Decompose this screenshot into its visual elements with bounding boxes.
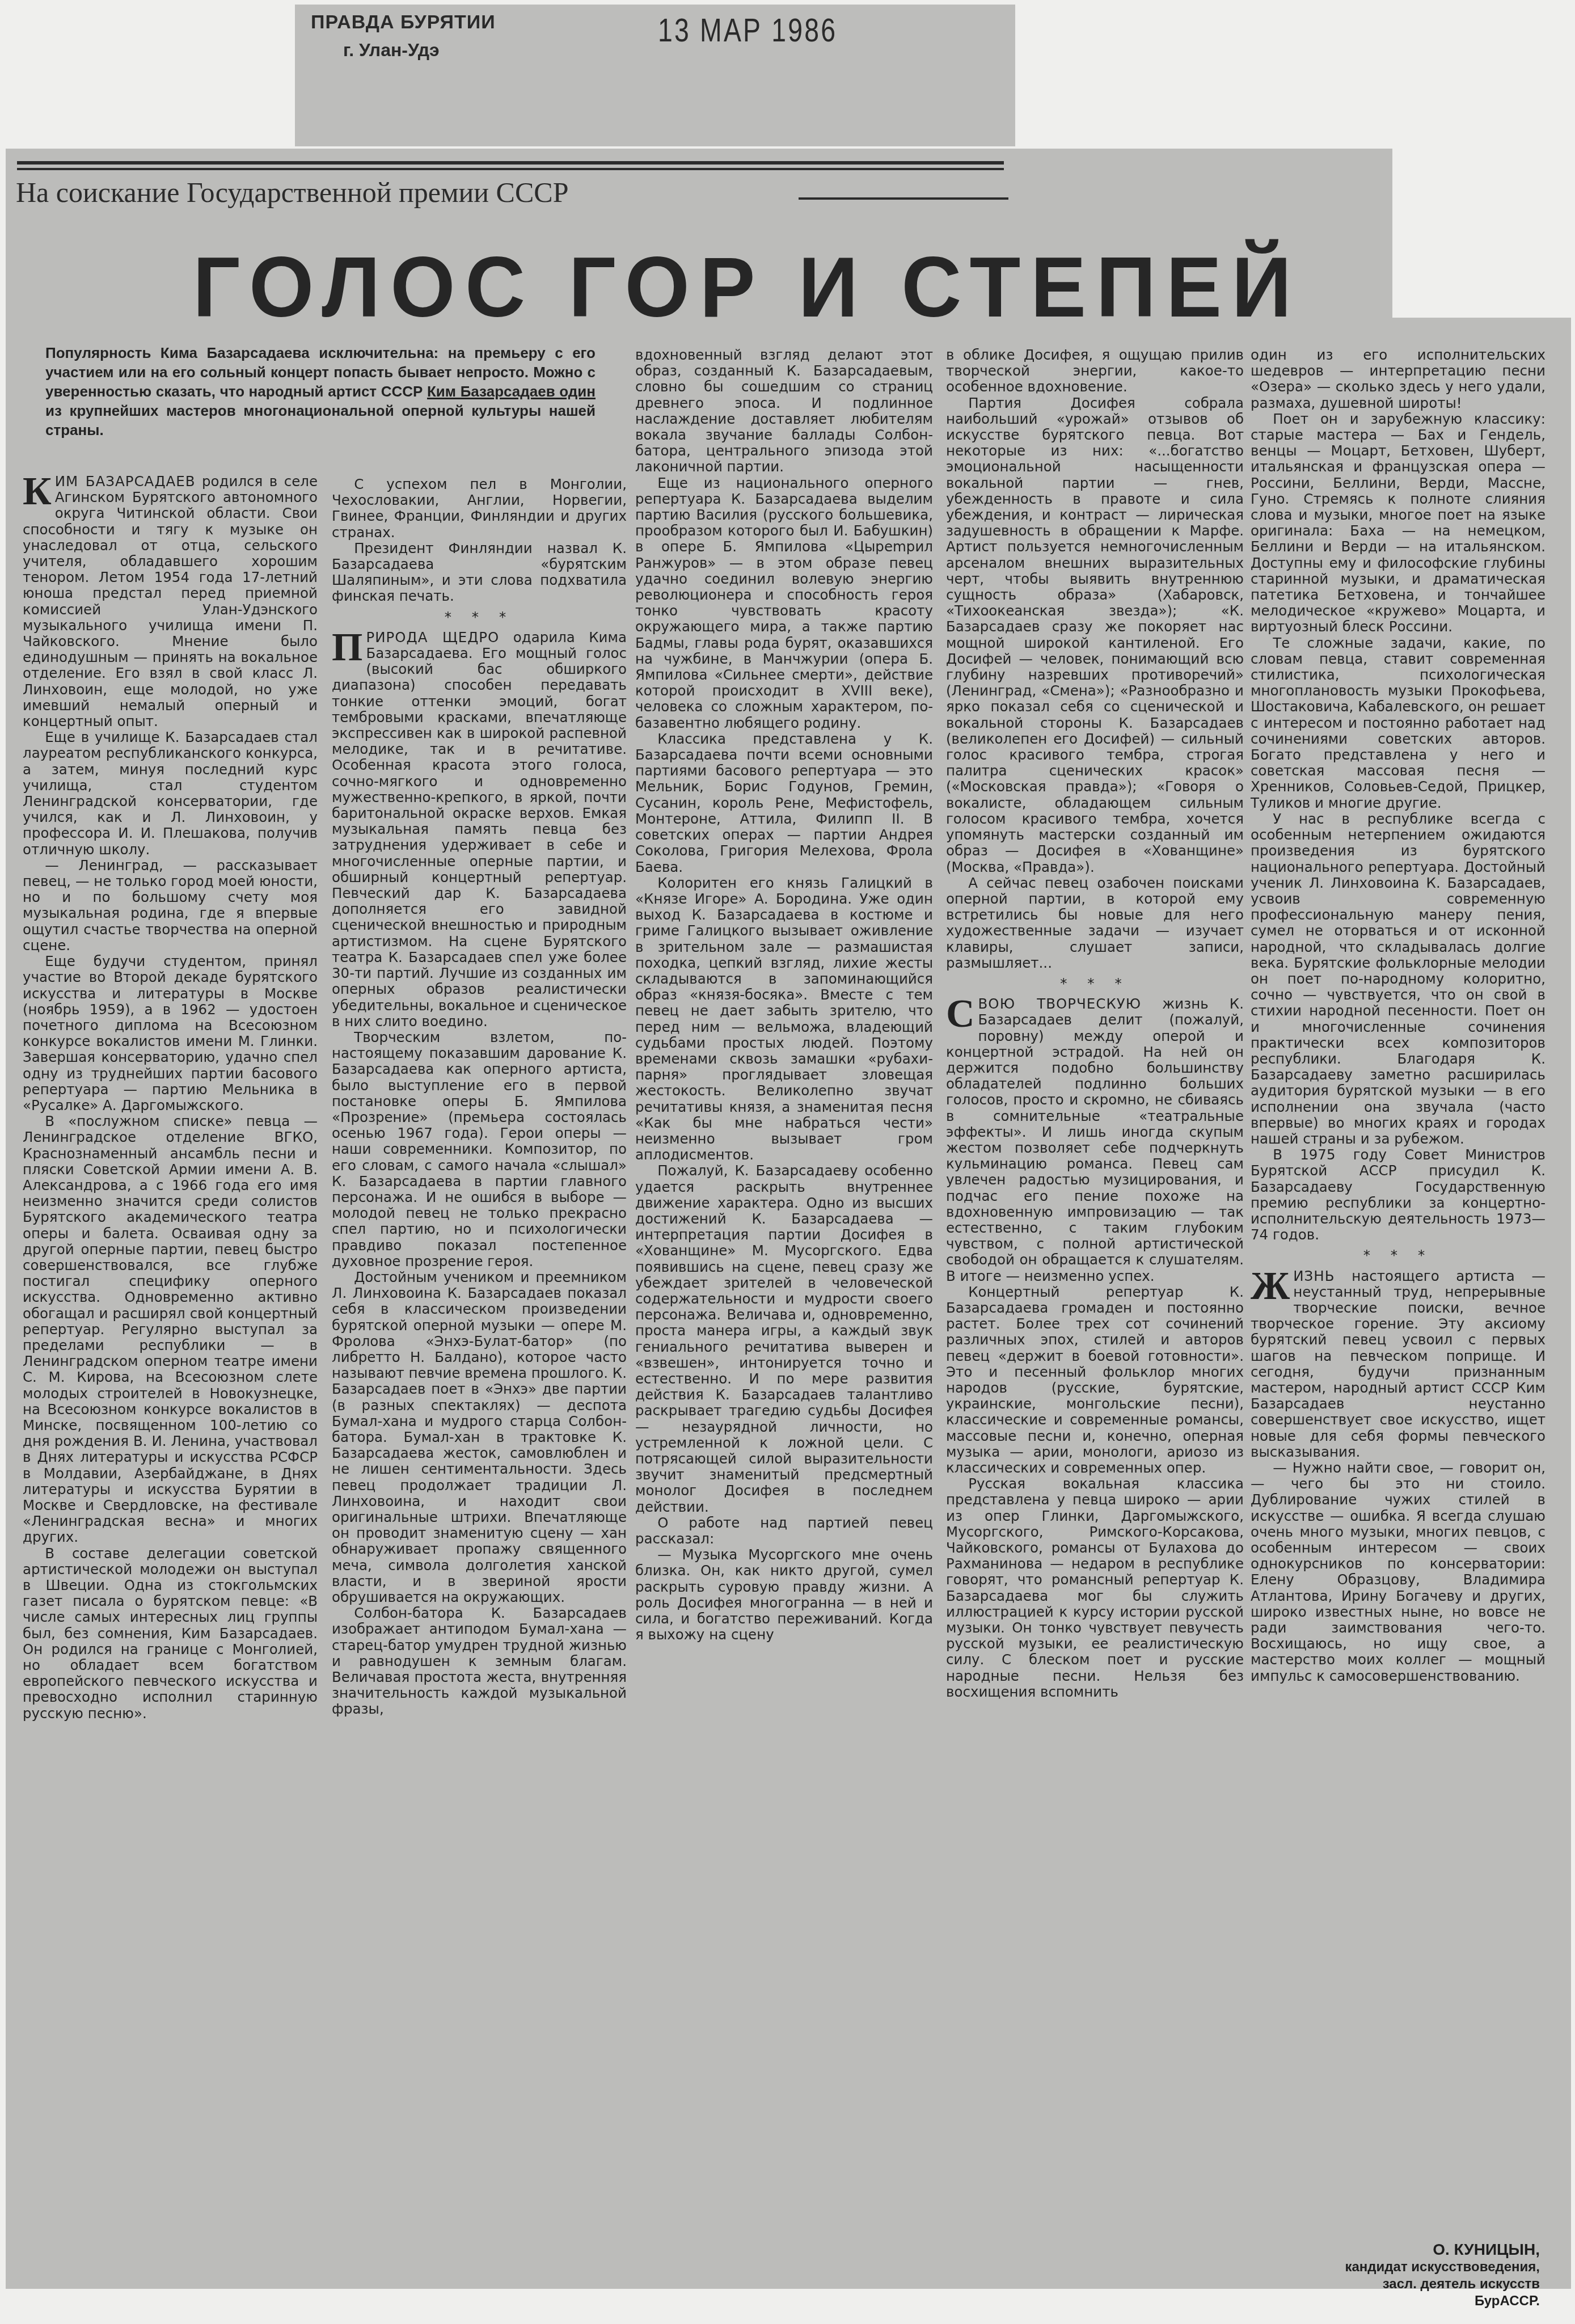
paragraph-text: настоящего артиста — неустанный труд, не… — [1251, 1268, 1546, 1460]
paragraph: вдохновенный взгляд делают этот образ, с… — [635, 347, 933, 475]
paragraph-text: В 1975 году Совет Министров Бурятской АС… — [1251, 1146, 1546, 1243]
paragraph-text: А сейчас певец озабочен поисками оперной… — [946, 875, 1244, 971]
paragraph: В «послужном списке» певца — Ленинградск… — [23, 1114, 318, 1545]
paragraph-text: — Ленинград, — рассказывает певец, — не … — [23, 857, 318, 954]
paragraph: Солбон-батора К. Базарсадаев изображает … — [332, 1605, 627, 1717]
paragraph: О работе над партией певец рассказал: — [635, 1515, 933, 1547]
paragraph-text: Президент Финляндии назвал К. Базарсадае… — [332, 540, 627, 605]
section-divider: * * * — [332, 609, 627, 625]
lede-text-2: из крупнейших мастеров многонациональной… — [45, 402, 596, 438]
paragraph-text: Русская вокальная классика представлена … — [946, 1475, 1244, 1700]
paragraph: Классика представлена у К. Базарсадаева … — [635, 731, 933, 875]
paragraph-text: С успехом пел в Монголии, Чехословакии, … — [332, 476, 627, 541]
paragraph: Еще будучи студентом, принял участие во … — [23, 954, 318, 1114]
paragraph-text: Пожалуй, К. Базарсадаеву особенно удаетс… — [635, 1162, 933, 1515]
city-stamp: г. Улан-Удэ — [343, 40, 440, 61]
column-1: КИМ БАЗАРСАДАЕВ родился в селе Агинском … — [23, 474, 318, 1722]
author-title-3: БурАССР. — [1251, 2293, 1540, 2310]
clipping-right-top — [1392, 335, 1571, 346]
paragraph: СВОЮ ТВОРЧЕСКУЮ жизнь К. Базарсадаев дел… — [946, 996, 1244, 1284]
column-2: С успехом пел в Монголии, Чехословакии, … — [332, 476, 627, 1718]
lead-in-caps: ВОЮ ТВОРЧЕСКУЮ — [978, 996, 1142, 1012]
paragraph: один из его исполнительских шедевров — и… — [1251, 347, 1546, 411]
paragraph: В составе делегации советской артистичес… — [23, 1546, 318, 1722]
paragraph-text: Концертный репертуар К. Базарсадаева гро… — [946, 1284, 1244, 1476]
paragraph: в облике Досифея, я ощущаю прилив творче… — [946, 347, 1244, 395]
paragraph-text: Солбон-батора К. Базарсадаев изображает … — [332, 1605, 627, 1717]
paragraph-text: Еще в училище К. Базарсадаев стал лауреа… — [23, 729, 318, 857]
author-title-1: кандидат искусствоведения, — [1251, 2259, 1540, 2276]
author-signature: О. КУНИЦЫН, кандидат искусствоведения, з… — [1251, 2235, 1540, 2310]
author-title-2: засл. деятель искусств — [1251, 2276, 1540, 2293]
paragraph-text: жизнь К. Базарсадаев делит (пожалуй, пор… — [946, 996, 1244, 1284]
paragraph: ЖИЗНЬ настоящего артиста — неустанный тр… — [1251, 1268, 1546, 1460]
paragraph: Еще в училище К. Базарсадаев стал лауреа… — [23, 729, 318, 858]
paragraph: Президент Финляндии назвал К. Базарсадае… — [332, 541, 627, 605]
paragraph: А сейчас певец озабочен поисками оперной… — [946, 875, 1244, 971]
lede-underlined: Ким Базарсадаев один — [427, 383, 596, 400]
paragraph: В 1975 году Совет Министров Бурятской АС… — [1251, 1147, 1546, 1243]
paragraph-text: одарила Кима Базарсадаева. Его мощный го… — [332, 629, 627, 1030]
paragraph: Те сложные задачи, какие, по словам певц… — [1251, 635, 1546, 811]
paragraph-text: Еще будучи студентом, принял участие во … — [23, 953, 318, 1114]
rubric-rule — [799, 197, 1008, 200]
rubric-label: На соискание Государственной премии СССР — [16, 176, 568, 209]
paragraph: — Нужно найти свое, — говорит он, — чего… — [1251, 1460, 1546, 1684]
author-name: О. КУНИЦЫН, — [1251, 2241, 1540, 2259]
paragraph: — Ленинград, — рассказывает певец, — не … — [23, 858, 318, 954]
paragraph-text: родился в селе Агинском Бурятского автон… — [23, 473, 318, 729]
top-rule — [17, 161, 1004, 165]
column-5: один из его исполнительских шедевров — и… — [1251, 347, 1546, 1684]
paragraph-text: Достойным учеником и преемником Л. Линхо… — [332, 1269, 627, 1605]
article-lede: Популярность Кима Базарсадаева исключите… — [45, 343, 596, 440]
date-stamp: 13 МАР 1986 — [658, 11, 837, 49]
paragraph-text: У нас в республике всегда с особенным не… — [1251, 811, 1546, 1147]
section-divider: * * * — [1251, 1247, 1546, 1263]
paragraph: — Музыка Мусоргского мне очень близка. О… — [635, 1547, 933, 1643]
paragraph-text: Те сложные задачи, какие, по словам певц… — [1251, 635, 1546, 811]
paragraph-text: один из его исполнительских шедевров — и… — [1251, 347, 1546, 411]
drop-cap: К — [23, 476, 52, 508]
paragraph: Концертный репертуар К. Базарсадаева гро… — [946, 1284, 1244, 1476]
paragraph: Поет он и зарубежную классику: старые ма… — [1251, 411, 1546, 635]
paragraph: С успехом пел в Монголии, Чехословакии, … — [332, 476, 627, 541]
paragraph-text: Поет он и зарубежную классику: старые ма… — [1251, 411, 1546, 635]
lead-in-caps: ИЗНЬ — [1293, 1268, 1335, 1284]
paragraph: Творческим взлетом, по-настоящему показа… — [332, 1030, 627, 1269]
drop-cap: Ж — [1251, 1271, 1290, 1302]
article-headline: ГОЛОС ГОР И СТЕПЕЙ — [193, 238, 1302, 336]
paragraph: ПРИРОДА ЩЕДРО одарила Кима Базарсадаева.… — [332, 630, 627, 1030]
paragraph-text: Колоритен его князь Галицкий в «Князе Иг… — [635, 875, 933, 1163]
paragraph: Колоритен его князь Галицкий в «Князе Иг… — [635, 875, 933, 1163]
paragraph-text: В «послужном списке» певца — Ленинградск… — [23, 1113, 318, 1545]
paragraph-text: вдохновенный взгляд делают этот образ, с… — [635, 347, 933, 475]
paragraph-text: Творческим взлетом, по-настоящему показа… — [332, 1029, 627, 1269]
paragraph-text: Партия Досифея собрала наибольший «урожа… — [946, 395, 1244, 875]
paragraph-text: Еще из национального оперного репертуара… — [635, 475, 933, 731]
paragraph: У нас в республике всегда с особенным не… — [1251, 811, 1546, 1147]
newspaper-name-stamp: ПРАВДА БУРЯТИИ — [311, 11, 496, 33]
paragraph: Еще из национального оперного репертуара… — [635, 475, 933, 731]
top-rule-2 — [17, 168, 1004, 170]
paragraph-text: В составе делегации советской артистичес… — [23, 1545, 318, 1722]
column-4: в облике Досифея, я ощущаю прилив творче… — [946, 347, 1244, 1700]
paragraph-text: — Нужно найти свое, — говорит он, — чего… — [1251, 1460, 1546, 1684]
paragraph: Партия Досифея собрала наибольший «урожа… — [946, 395, 1244, 875]
paragraph: КИМ БАЗАРСАДАЕВ родился в селе Агинском … — [23, 474, 318, 729]
lead-in-caps: РИРОДА ЩЕДРО — [366, 629, 499, 646]
paragraph-text: Классика представлена у К. Базарсадаева … — [635, 731, 933, 875]
paragraph: Русская вокальная классика представлена … — [946, 1476, 1244, 1700]
paragraph-text: — Музыка Мусоргского мне очень близка. О… — [635, 1546, 933, 1643]
paragraph: Пожалуй, К. Базарсадаеву особенно удаетс… — [635, 1163, 933, 1515]
paragraph-text: О работе над партией певец рассказал: — [635, 1515, 933, 1547]
lead-in-caps: ИМ БАЗАРСАДАЕВ — [55, 473, 196, 490]
column-3: вдохновенный взгляд делают этот образ, с… — [635, 347, 933, 1643]
drop-cap: П — [332, 632, 362, 664]
paragraph: Достойным учеником и преемником Л. Линхо… — [332, 1269, 627, 1605]
section-divider: * * * — [946, 976, 1244, 992]
paragraph-text: в облике Досифея, я ощущаю прилив творче… — [946, 347, 1244, 395]
drop-cap: С — [946, 998, 975, 1030]
